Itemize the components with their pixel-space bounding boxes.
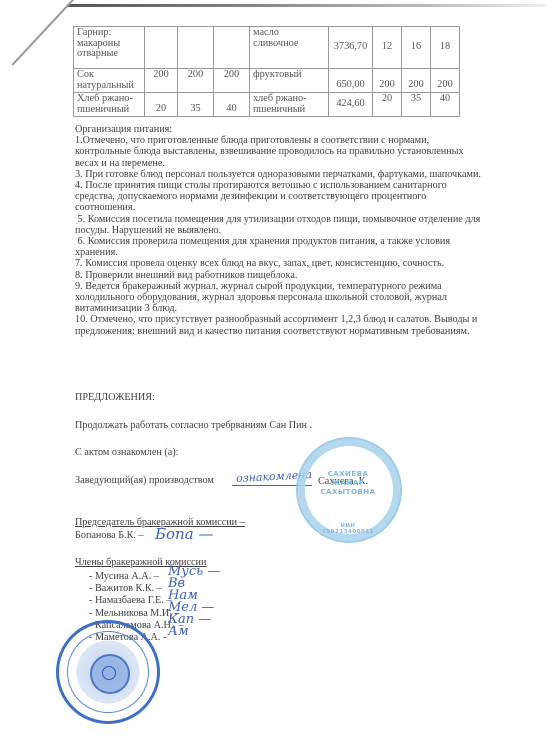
emblem-icon bbox=[90, 654, 130, 694]
organization-item: 7. Комиссия провела оценку всех блюд на … bbox=[75, 258, 485, 269]
norm-cell: 200 bbox=[402, 69, 431, 93]
organization-item: 4. После принятия пищи столы протираются… bbox=[75, 180, 485, 214]
organization-item: 9. Ведется бракеражный журнал, журнал сы… bbox=[75, 281, 485, 315]
table-row: Хлеб ржано-пшеничный 20 35 40 хлеб ржано… bbox=[74, 93, 460, 117]
stamp-center-text: САХИЕВА ЖАНАР САХЫТОВНА bbox=[318, 470, 378, 497]
norm-cell: 40 bbox=[431, 93, 460, 117]
weight-cell: 200 bbox=[214, 69, 250, 93]
organization-item: 6. Комиссия проверила помещения для хран… bbox=[75, 236, 485, 258]
position-label: Заведующий(ая) производством bbox=[75, 475, 214, 486]
norm-cell: 20 bbox=[373, 93, 402, 117]
proposals-text: Продолжать работать согласно требрваниям… bbox=[75, 420, 312, 431]
organization-stamp bbox=[56, 620, 160, 724]
product-cell: масло сливочное bbox=[250, 27, 329, 69]
organization-item: 1.Отмечено, что приготовленные блюда при… bbox=[75, 135, 485, 169]
organization-item: 3. При готовке блюд персонал пользуется … bbox=[75, 169, 485, 180]
page-top-edge bbox=[68, 4, 546, 7]
table-row: Сок натуральный 200 200 200 фруктовый 65… bbox=[74, 69, 460, 93]
menu-table: Гарнир: макароны отварные масло сливочно… bbox=[73, 26, 460, 117]
member-signatures: Мусь —ВвНамМел —Кап —Ам bbox=[168, 566, 220, 638]
organization-item: 8. Проверили внешний вид работников пище… bbox=[75, 270, 485, 281]
dish-cell: Гарнир: макароны отварные bbox=[74, 27, 145, 69]
product-cell: фруктовый bbox=[250, 69, 329, 93]
stamp-line: САХЫТОВНА bbox=[318, 488, 378, 497]
weight-cell: 20 bbox=[145, 93, 178, 117]
organization-item: 10. Отмечено, что присутствует разнообра… bbox=[75, 314, 485, 336]
stamp-line: САХИЕВА bbox=[318, 470, 378, 479]
stamp-bottom-text: ИИН 750213400011 bbox=[318, 523, 378, 535]
weight-cell: 35 bbox=[178, 93, 214, 117]
norm-cell: 200 bbox=[431, 69, 460, 93]
norm-cell: 200 bbox=[373, 69, 402, 93]
price-cell: 3736,70 bbox=[329, 27, 373, 69]
price-cell: 424,60 bbox=[329, 93, 373, 117]
chair-name: Бопанова Б.К. – bbox=[75, 530, 144, 541]
weight-cell: 200 bbox=[145, 69, 178, 93]
norm-cell: 16 bbox=[402, 27, 431, 69]
weight-cell bbox=[178, 27, 214, 69]
page-corner-fold bbox=[0, 0, 80, 70]
weight-cell: 200 bbox=[178, 69, 214, 93]
stamp-line: ЖАНАР bbox=[318, 479, 378, 488]
table-row: Гарнир: макароны отварные масло сливочно… bbox=[74, 27, 460, 69]
weight-cell bbox=[145, 27, 178, 69]
organization-heading: Организация питания: bbox=[75, 124, 485, 135]
dish-cell: Сок натуральный bbox=[74, 69, 145, 93]
organization-item: 5. Комиссия посетила помещения для утили… bbox=[75, 214, 485, 236]
proposals-heading: ПРЕДЛОЖЕНИЯ: bbox=[75, 392, 155, 403]
price-cell: 650,00 bbox=[329, 69, 373, 93]
dish-cell: Хлеб ржано-пшеничный bbox=[74, 93, 145, 117]
norm-cell: 12 bbox=[373, 27, 402, 69]
weight-cell: 40 bbox=[214, 93, 250, 117]
acknowledgement-label: С актом ознакомлен (а): bbox=[75, 447, 179, 458]
weight-cell bbox=[214, 27, 250, 69]
organization-section: Организация питания: 1.Отмечено, что при… bbox=[75, 124, 485, 337]
norm-cell: 35 bbox=[402, 93, 431, 117]
product-cell: хлеб ржано-пшеничный bbox=[250, 93, 329, 117]
norm-cell: 18 bbox=[431, 27, 460, 69]
chair-signature: Бопа — bbox=[155, 525, 213, 543]
